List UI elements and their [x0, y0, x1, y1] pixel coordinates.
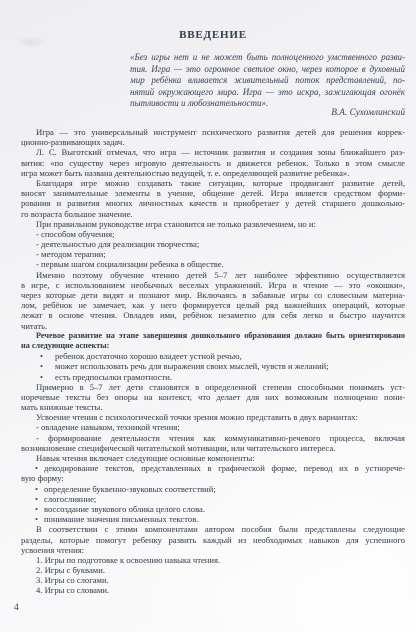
- text-line: рования и развития многих личностных кач…: [21, 198, 405, 208]
- text-line: усвоения чтения:: [21, 545, 405, 555]
- bullet-marker: •: [40, 361, 55, 371]
- text-line: •может использовать речь для выражения с…: [21, 361, 405, 371]
- text-line: - формирование деятельности чтения как к…: [21, 433, 405, 443]
- text-line: вития: «по существу через игровую деятел…: [21, 158, 405, 168]
- text-line: 2. Игры с буквами.: [21, 565, 405, 575]
- bullet-marker: •: [35, 463, 44, 473]
- text-line: вую форму:: [21, 473, 405, 483]
- page-title: ВВЕДЕНИЕ: [21, 29, 405, 42]
- text-line: в игре, с использованием необычных весел…: [21, 280, 405, 290]
- text-line: - способом обучения;: [21, 229, 405, 239]
- text-line: •слогослияние;: [21, 494, 405, 504]
- bullet-marker: •: [40, 372, 55, 382]
- book-page: ВВЕДЕНИЕ «Без игры нет и не может быть п…: [0, 0, 416, 632]
- page-number: 4: [14, 603, 19, 613]
- quote-line: тия. Игра — это огромное светлое окно, ч…: [130, 64, 405, 76]
- text-line: мать книжные тексты.: [21, 402, 405, 412]
- text-line: 1. Игры по подготовке к освоению навыка …: [21, 555, 405, 565]
- bullet-marker: •: [35, 484, 44, 494]
- text-line: читать.: [21, 321, 405, 331]
- text-line: 4. Игры со словами.: [21, 585, 405, 595]
- quote-author: В.А. Сухомлинский: [331, 108, 405, 118]
- text-line: •воссоздание звукового облика целого сло…: [21, 504, 405, 514]
- quote-lines: «Без игры нет и не может быть полноценно…: [130, 52, 405, 110]
- text-line: Игра — это универсальный инструмент псих…: [21, 127, 405, 137]
- text-line: При правильном руководстве игра становит…: [21, 219, 405, 229]
- text-line: на следующие аспекты:: [21, 341, 405, 351]
- text-line: возникновение специфической читательской…: [21, 443, 405, 453]
- quote-line: мир ребёнка вливается живительный поток …: [130, 75, 405, 87]
- text-line: лом, ребёнок не замечает, как у него фор…: [21, 300, 405, 310]
- text-line: Именно поэтому обучение чтению детей 5–7…: [21, 270, 405, 280]
- text-line: норечевые тексты без опоры на контекст, …: [21, 392, 405, 402]
- text-line: •декодирование текстов, представленных в…: [21, 463, 405, 473]
- text-line: 3. Игры со слогами.: [21, 575, 405, 585]
- quote-line: «Без игры нет и не может быть полноценно…: [130, 52, 405, 64]
- text-line: •есть предпосылки грамотности.: [21, 372, 405, 382]
- text-line: Благодаря игре можно создавать такие сит…: [21, 178, 405, 188]
- text-line: Навык чтения включает следующие основные…: [21, 453, 405, 463]
- text-line: Л. С. Выготский отмечал, что игра — исто…: [21, 147, 405, 157]
- text-line: •понимание значения письменных текстов.: [21, 514, 405, 524]
- text-line: Речевое развитие на этапе завершения дош…: [21, 331, 405, 341]
- text-line: - методом терапии;: [21, 249, 405, 259]
- text-line: - деятельностью для реализации творчеств…: [21, 239, 405, 249]
- bullet-marker: •: [40, 351, 55, 361]
- bullet-marker: •: [35, 514, 44, 524]
- text-line: лежат в основе чтения. Овладев ими, ребё…: [21, 310, 405, 320]
- text-line: вносят занимательные элементы в учение, …: [21, 188, 405, 198]
- bullet-marker: •: [35, 494, 44, 504]
- text-line: разделы, которые помогут ребенку развить…: [21, 535, 405, 545]
- text-line: Примерно в 5–7 лет дети становятся в опр…: [21, 382, 405, 392]
- text-line: игра может быть названа деятельностью ве…: [21, 168, 405, 178]
- quote-line: нятий окружающего мира. Игра — это искра…: [130, 87, 405, 99]
- text-line: ционно-развивающих задач.: [21, 137, 405, 147]
- text-line: •ребенок достаточно хорошо владеет устно…: [21, 351, 405, 361]
- text-line: - овладение навыком, техникой чтения;: [21, 422, 405, 432]
- epigraph: «Без игры нет и не может быть полноценно…: [130, 52, 405, 110]
- text-line: •определение буквенно-звуковых соответст…: [21, 484, 405, 494]
- text-line: - первым шагом социализации ребенка в об…: [21, 259, 405, 269]
- text-line: В соответствии с этими компонентами авто…: [21, 524, 405, 534]
- text-line: го возраста большое значение.: [21, 209, 405, 219]
- text-line: Усвоение чтения с психологической точки …: [21, 412, 405, 422]
- body-text: Игра — это универсальный инструмент псих…: [21, 127, 405, 596]
- bullet-marker: •: [35, 504, 44, 514]
- text-line: через которые дети видят и познают мир. …: [21, 290, 405, 300]
